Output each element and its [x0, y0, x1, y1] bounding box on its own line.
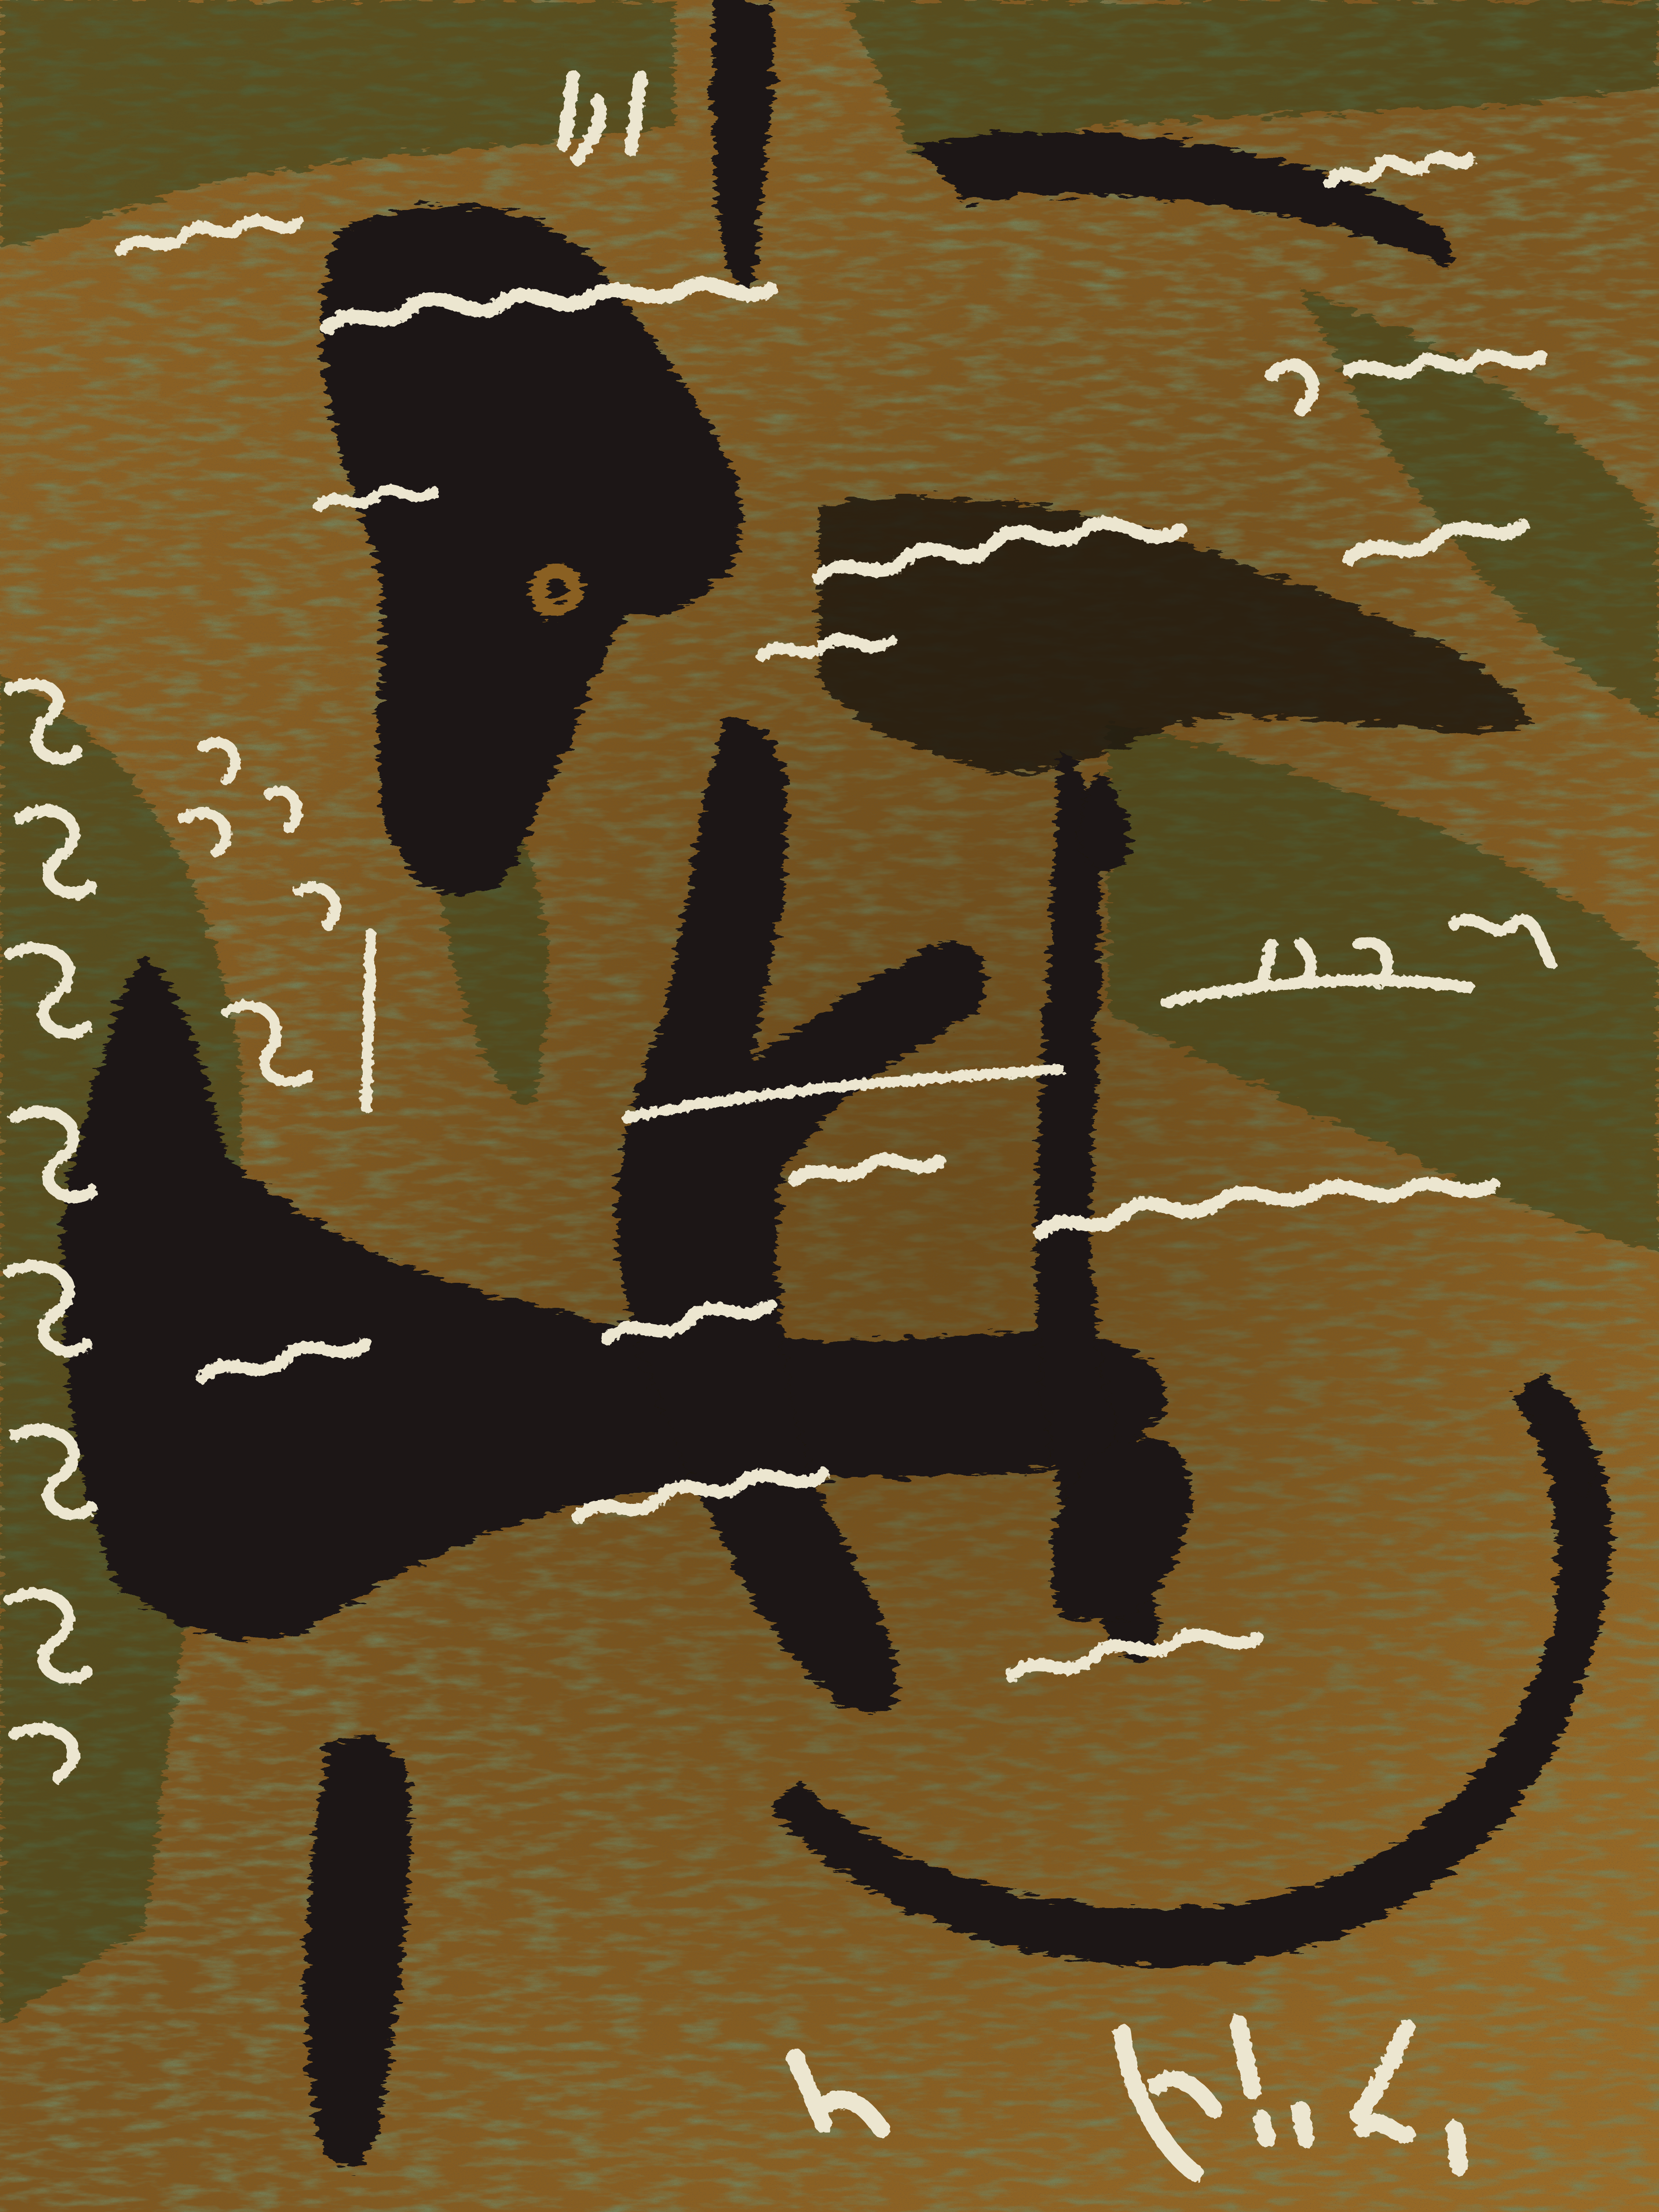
painting [0, 0, 1659, 2212]
painting-canvas [0, 0, 1659, 2212]
